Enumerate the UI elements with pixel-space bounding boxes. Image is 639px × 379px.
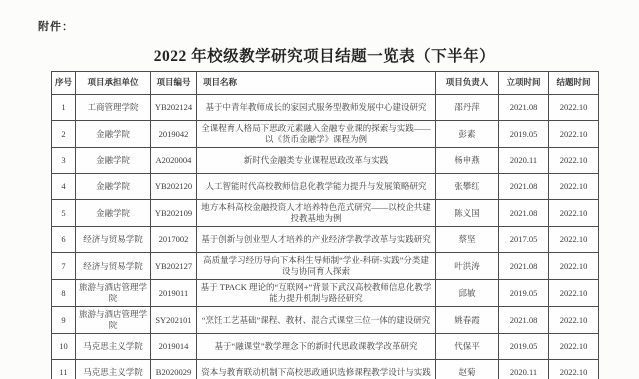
- cell-seq: 6: [52, 227, 76, 253]
- cell-start: 2019.05: [499, 280, 549, 307]
- header-cell-name: 项目名称: [197, 72, 436, 95]
- page-title: 2022 年校级教学研究项目结题一览表（下半年）: [51, 44, 598, 66]
- cell-start: 2020.11: [499, 148, 549, 174]
- cell-start: 2021.08: [499, 174, 549, 200]
- table-row: 1工商管理学院YB202124基于中青年教师成长的家园式服务型教师发展中心建设研…: [52, 95, 599, 121]
- cell-seq: 5: [52, 200, 76, 227]
- table-row: 8旅游与酒店管理学院2019011基于 TPACK 理论的“互联网+”背景下武汉…: [52, 280, 599, 307]
- cell-name: 全课程育人格局下思政元素融入金融专业课的探索与实践——以《货币金融学》课程为例: [197, 121, 436, 148]
- cell-code: YB202124: [151, 95, 197, 121]
- cell-name: 基于“融课堂”教学理念下的新时代思政课教学改革研究: [197, 334, 436, 360]
- cell-start: 2021.08: [499, 200, 549, 227]
- cell-end: 2022.10: [549, 200, 599, 227]
- cell-code: YB202109: [151, 200, 197, 227]
- cell-code: A2020004: [151, 148, 197, 174]
- cell-seq: 11: [52, 360, 76, 379]
- cell-start: 2021.08: [499, 253, 549, 280]
- cell-name: 地方本科高校金融投资人才培养特色范式研究——以校企共建投教基地为例: [197, 200, 436, 227]
- cell-code: B2020029: [151, 360, 197, 379]
- cell-end: 2022.10: [549, 227, 599, 253]
- cell-leader: 邱敏: [436, 280, 499, 307]
- cell-code: 2019014: [151, 334, 197, 360]
- table-row: 4金融学院YB202120人工智能时代高校教师信息化教学能力提升与发展策略研究张…: [52, 174, 599, 200]
- table-row: 6经济与贸易学院2017002基于创新与创业型人才培养的产业经济学教学改革与实践…: [52, 227, 599, 253]
- cell-unit: 金融学院: [76, 121, 151, 148]
- cell-code: 2017002: [151, 227, 197, 253]
- cell-leader: 叶洪涛: [436, 253, 499, 280]
- cell-name: “烹饪工艺基础”课程、教材、混合式课堂三位一体的建设研究: [197, 307, 436, 334]
- cell-leader: 姚春霞: [436, 307, 499, 334]
- cell-code: SY202101: [151, 307, 197, 334]
- cell-seq: 8: [52, 280, 76, 307]
- header-cell-unit: 项目承担单位: [76, 72, 151, 95]
- table-row: 3金融学院A2020004新时代金融类专业课程思政改革与实践杨申燕2020.11…: [52, 148, 599, 174]
- cell-name: 新时代金融类专业课程思政改革与实践: [197, 148, 436, 174]
- cell-end: 2022.10: [549, 174, 599, 200]
- cell-start: 2019.05: [499, 121, 549, 148]
- cell-start: 2017.05: [499, 227, 549, 253]
- cell-start: 2020.11: [499, 360, 549, 379]
- cell-end: 2022.10: [549, 280, 599, 307]
- table-row: 2金融学院2019042全课程育人格局下思政元素融入金融专业课的探索与实践——以…: [52, 121, 599, 148]
- header-cell-code: 项目编号: [151, 72, 197, 95]
- cell-unit: 金融学院: [76, 174, 151, 200]
- cell-start: 2021.08: [499, 95, 549, 121]
- cell-unit: 经济与贸易学院: [76, 253, 151, 280]
- cell-seq: 4: [52, 174, 76, 200]
- cell-unit: 工商管理学院: [76, 95, 151, 121]
- cell-end: 2022.10: [549, 307, 599, 334]
- cell-leader: 代保平: [436, 334, 499, 360]
- cell-leader: 赵菊: [436, 360, 499, 379]
- cell-leader: 蔡坚: [436, 227, 499, 253]
- cell-code: YB202127: [151, 253, 197, 280]
- cell-seq: 7: [52, 253, 76, 280]
- table-row: 5金融学院YB202109地方本科高校金融投资人才培养特色范式研究——以校企共建…: [52, 200, 599, 227]
- cell-name: 资本与教育联动机制下高校思政通识选修课程教学设计与实践: [197, 360, 436, 379]
- table-header: 序号项目承担单位项目编号项目名称项目负责人立项时间结题时间: [52, 72, 599, 95]
- cell-end: 2022.10: [549, 95, 599, 121]
- cell-seq: 10: [52, 334, 76, 360]
- cell-unit: 旅游与酒店管理学院: [76, 307, 151, 334]
- cell-leader: 陈义国: [436, 200, 499, 227]
- table-row: 11马克思主义学院B2020029资本与教育联动机制下高校思政通识选修课程教学设…: [52, 360, 599, 379]
- cell-unit: 马克思主义学院: [76, 334, 151, 360]
- table-row: 9旅游与酒店管理学院SY202101“烹饪工艺基础”课程、教材、混合式课堂三位一…: [52, 307, 599, 334]
- table-body: 1工商管理学院YB202124基于中青年教师成长的家园式服务型教师发展中心建设研…: [52, 95, 599, 379]
- cell-code: 2019042: [151, 121, 197, 148]
- document-page: 附件： 2022 年校级教学研究项目结题一览表（下半年） 序号项目承担单位项目编…: [0, 0, 639, 379]
- cell-leader: 邵丹萍: [436, 95, 499, 121]
- cell-leader: 张攀红: [436, 174, 499, 200]
- attachment-label: 附件：: [38, 18, 74, 34]
- table-row: 7经济与贸易学院YB202127高质量学习经历导向下本科生导师制“学业-科研-实…: [52, 253, 599, 280]
- cell-end: 2022.10: [549, 121, 599, 148]
- cell-unit: 马克思主义学院: [76, 360, 151, 379]
- cell-unit: 金融学院: [76, 200, 151, 227]
- cell-code: YB202120: [151, 174, 197, 200]
- cell-code: 2019011: [151, 280, 197, 307]
- cell-seq: 2: [52, 121, 76, 148]
- cell-name: 人工智能时代高校教师信息化教学能力提升与发展策略研究: [197, 174, 436, 200]
- cell-unit: 金融学院: [76, 148, 151, 174]
- projects-table: 序号项目承担单位项目编号项目名称项目负责人立项时间结题时间 1工商管理学院YB2…: [51, 71, 599, 379]
- header-cell-seq: 序号: [52, 72, 76, 95]
- cell-seq: 1: [52, 95, 76, 121]
- header-cell-start: 立项时间: [499, 72, 549, 95]
- header-row: 序号项目承担单位项目编号项目名称项目负责人立项时间结题时间: [52, 72, 599, 95]
- cell-leader: 杨申燕: [436, 148, 499, 174]
- cell-seq: 9: [52, 307, 76, 334]
- cell-unit: 经济与贸易学院: [76, 227, 151, 253]
- cell-name: 基于 TPACK 理论的“互联网+”背景下武汉高校教师信息化教学能力提升机制与路…: [197, 280, 436, 307]
- cell-name: 基于创新与创业型人才培养的产业经济学教学改革与实践研究: [197, 227, 436, 253]
- table-row: 10马克思主义学院2019014基于“融课堂”教学理念下的新时代思政课教学改革研…: [52, 334, 599, 360]
- cell-end: 2022.10: [549, 360, 599, 379]
- header-cell-end: 结题时间: [549, 72, 599, 95]
- cell-name: 高质量学习经历导向下本科生导师制“学业-科研-实践”分类建设与协同育人探索: [197, 253, 436, 280]
- cell-end: 2022.10: [549, 253, 599, 280]
- cell-unit: 旅游与酒店管理学院: [76, 280, 151, 307]
- cell-end: 2022.10: [549, 148, 599, 174]
- cell-leader: 彭素: [436, 121, 499, 148]
- cell-start: 2021.08: [499, 307, 549, 334]
- header-cell-leader: 项目负责人: [436, 72, 499, 95]
- cell-start: 2019.05: [499, 334, 549, 360]
- cell-seq: 3: [52, 148, 76, 174]
- cell-name: 基于中青年教师成长的家园式服务型教师发展中心建设研究: [197, 95, 436, 121]
- cell-end: 2022.10: [549, 334, 599, 360]
